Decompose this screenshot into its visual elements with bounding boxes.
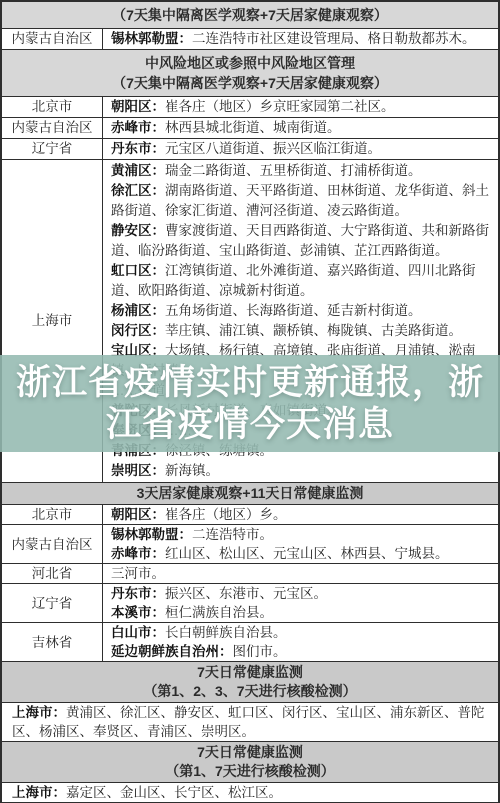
district-entry: 锡林郭勒盟：二连浩特市。 xyxy=(111,525,490,544)
district-name: 徐汇区： xyxy=(111,183,165,198)
district-entry: 上海市：黄浦区、徐汇区、静安区、虹口区、闵行区、宝山区、浦东新区、普陀区、杨浦区… xyxy=(12,703,488,741)
district-entry: 闵行区：莘庄镇、浦江镇、颛桥镇、梅陇镇、古美路街道。 xyxy=(111,321,490,341)
district-entry: 延边朝鲜族自治州：图们市。 xyxy=(111,642,490,661)
districts-cell: 锡林郭勒盟：二连浩特市。赤峰市：红山区、松山区、元宝山区、林西县、宁城县。 xyxy=(103,525,498,563)
district-name: 上海市： xyxy=(12,705,66,720)
district-name: 锡林郭勒盟： xyxy=(111,31,192,46)
district-areas: 莘庄镇、浦江镇、颛桥镇、梅陇镇、古美路街道。 xyxy=(165,323,462,338)
districts-cell: 朝阳区：崔各庄（地区）乡京旺家园第二社区。 xyxy=(103,97,498,117)
district-name: 朝阳区： xyxy=(111,507,165,522)
district-entry: 黄浦区：瑞金二路街道、五里桥街道、打浦桥街道。 xyxy=(111,161,490,181)
districts-cell: 锡林郭勒盟：二连浩特市社区建设管理局、格日勒敖都苏木。 xyxy=(103,29,498,49)
province-cell: 吉林省 xyxy=(2,623,103,661)
district-name: 丹东市： xyxy=(111,586,165,601)
districts-cell: 上海市：嘉定区、金山区、长宁区、松江区。 xyxy=(2,783,498,802)
table-row: 辽宁省丹东市：振兴区、东港市、元宝区。本溪市：桓仁满族自治县。 xyxy=(2,584,498,623)
district-entry: 朝阳区：崔各庄（地区）乡京旺家园第二社区。 xyxy=(111,97,490,117)
districts-cell: 白山市：长白朝鲜族自治县。延边朝鲜族自治州：图们市。 xyxy=(103,623,498,661)
district-entry: 杨浦区：五角场街道、长海路街道、延吉新村街道。 xyxy=(111,301,490,321)
district-name: 锡林郭勒盟： xyxy=(111,527,192,542)
district-areas: 新海镇。 xyxy=(165,463,219,478)
province-cell: 北京市 xyxy=(2,505,103,524)
district-areas: 曹家渡街道、天目西路街道、大宁路街道、共和新路街道、临汾路街道、宝山路街道、彭浦… xyxy=(111,223,489,258)
district-areas: 五角场街道、长海路街道、延吉新村街道。 xyxy=(165,303,422,318)
districts-cell: 丹东市：元宝区八道街道、振兴区临江街道。 xyxy=(103,139,498,159)
district-name: 丹东市： xyxy=(111,141,165,156)
province-cell: 辽宁省 xyxy=(2,139,103,159)
district-entry: 赤峰市：红山区、松山区、元宝山区、林西县、宁城县。 xyxy=(111,544,490,563)
table-row: 河北省三河市。 xyxy=(2,564,498,584)
district-entry: 赤峰市：林西县城北街道、城南街道。 xyxy=(111,118,490,138)
table-row: 内蒙古自治区锡林郭勒盟：二连浩特市。赤峰市：红山区、松山区、元宝山区、林西县、宁… xyxy=(2,525,498,564)
district-name: 黄浦区： xyxy=(111,163,165,178)
province-cell: 北京市 xyxy=(2,97,103,117)
district-areas: 崔各庄（地区）乡京旺家园第二社区。 xyxy=(165,99,395,114)
district-areas: 湖南路街道、天平路街道、田林街道、龙华街道、斜土路街道、徐家汇街道、漕河泾街道、… xyxy=(111,183,489,218)
districts-cell: 赤峰市：林西县城北街道、城南街道。 xyxy=(103,118,498,138)
province-cell: 内蒙古自治区 xyxy=(2,525,103,563)
district-areas: 长白朝鲜族自治县。 xyxy=(165,625,287,640)
section-header: 中风险地区或参照中风险地区管理（7天集中隔离医学观察+7天居家健康观察） xyxy=(2,50,498,97)
district-areas: 红山区、松山区、元宝山区、林西县、宁城县。 xyxy=(165,546,449,561)
district-name: 杨浦区： xyxy=(111,303,165,318)
district-entry: 朝阳区：崔各庄（地区）乡。 xyxy=(111,505,490,524)
section-header: 7天日常健康监测（第1、2、3、7天进行核酸检测） xyxy=(2,662,498,703)
section-header-line: 7天日常健康监测 xyxy=(2,663,498,682)
section-header-line: 7天日常健康监测 xyxy=(2,743,498,762)
district-entry: 崇明区：新海镇。 xyxy=(111,461,490,481)
section-header-line: （7天集中隔离医学观察+7天居家健康观察） xyxy=(2,73,498,93)
district-areas: 元宝区八道街道、振兴区临江街道。 xyxy=(165,141,381,156)
province-cell: 河北省 xyxy=(2,564,103,583)
district-entry: 上海市：嘉定区、金山区、长宁区、松江区。 xyxy=(12,783,488,802)
section-header-line: 中风险地区或参照中风险地区管理 xyxy=(2,53,498,73)
table-row: 内蒙古自治区锡林郭勒盟：二连浩特市社区建设管理局、格日勒敖都苏木。 xyxy=(2,29,498,50)
overlay-banner: 浙江省疫情实时更新通报，浙 江省疫情今天消息 xyxy=(0,355,500,452)
table-row: 上海市：嘉定区、金山区、长宁区、松江区。 xyxy=(2,783,498,803)
table-row: 北京市朝阳区：崔各庄（地区）乡京旺家园第二社区。 xyxy=(2,97,498,118)
province-cell: 辽宁省 xyxy=(2,584,103,622)
section-header: （7天集中隔离医学观察+7天居家健康观察） xyxy=(2,2,498,29)
risk-area-table-page: （7天集中隔离医学观察+7天居家健康观察）内蒙古自治区锡林郭勒盟：二连浩特市社区… xyxy=(0,0,500,803)
district-entry: 虹口区：江湾镇街道、北外滩街道、嘉兴路街道、四川北路街道、欧阳路街道、凉城新村街… xyxy=(111,261,490,301)
table-row: 辽宁省丹东市：元宝区八道街道、振兴区临江街道。 xyxy=(2,139,498,160)
district-areas: 振兴区、东港市、元宝区。 xyxy=(165,586,327,601)
district-entry: 锡林郭勒盟：二连浩特市社区建设管理局、格日勒敖都苏木。 xyxy=(111,29,490,49)
overlay-title-line-1: 浙江省疫情实时更新通报，浙 xyxy=(16,362,484,404)
district-areas: 林西县城北街道、城南街道。 xyxy=(165,120,341,135)
table-row: 上海市：黄浦区、徐汇区、静安区、虹口区、闵行区、宝山区、浦东新区、普陀区、杨浦区… xyxy=(2,703,498,742)
section-header-line: （第1、2、3、7天进行核酸检测） xyxy=(2,682,498,701)
district-entry: 丹东市：振兴区、东港市、元宝区。 xyxy=(111,584,490,603)
district-areas: 江湾镇街道、北外滩街道、嘉兴路街道、四川北路街道、欧阳路街道、凉城新村街道。 xyxy=(111,263,476,298)
district-name: 虹口区： xyxy=(111,263,165,278)
section-header: 7天日常健康监测（第1、7天进行核酸检测） xyxy=(2,742,498,783)
district-name: 上海市： xyxy=(12,785,66,800)
district-areas: 黄浦区、徐汇区、静安区、虹口区、闵行区、宝山区、浦东新区、普陀区、杨浦区、奉贤区… xyxy=(12,705,485,739)
district-areas: 瑞金二路街道、五里桥街道、打浦桥街道。 xyxy=(165,163,422,178)
district-entry: 三河市。 xyxy=(111,564,490,583)
table-row: 内蒙古自治区赤峰市：林西县城北街道、城南街道。 xyxy=(2,118,498,139)
section-header-line: 3天居家健康观察+11天日常健康监测 xyxy=(2,484,498,503)
district-name: 白山市： xyxy=(111,625,165,640)
district-name: 本溪市： xyxy=(111,605,165,620)
district-areas: 二连浩特市社区建设管理局、格日勒敖都苏木。 xyxy=(192,31,476,46)
district-entry: 徐汇区：湖南路街道、天平路街道、田林街道、龙华街道、斜土路街道、徐家汇街道、漕河… xyxy=(111,181,490,221)
district-entry: 静安区：曹家渡街道、天目西路街道、大宁路街道、共和新路街道、临汾路街道、宝山路街… xyxy=(111,221,490,261)
table-row: 吉林省白山市：长白朝鲜族自治县。延边朝鲜族自治州：图们市。 xyxy=(2,623,498,662)
district-entry: 白山市：长白朝鲜族自治县。 xyxy=(111,623,490,642)
section-header-line: （7天集中隔离医学观察+7天居家健康观察） xyxy=(2,5,498,25)
district-entry: 本溪市：桓仁满族自治县。 xyxy=(111,603,490,622)
province-cell: 内蒙古自治区 xyxy=(2,118,103,138)
districts-cell: 上海市：黄浦区、徐汇区、静安区、虹口区、闵行区、宝山区、浦东新区、普陀区、杨浦区… xyxy=(2,703,498,741)
district-areas: 崔各庄（地区）乡。 xyxy=(165,507,287,522)
district-name: 赤峰市： xyxy=(111,120,165,135)
section-header: 3天居家健康观察+11天日常健康监测 xyxy=(2,483,498,505)
overlay-title-line-2: 江省疫情今天消息 xyxy=(106,404,394,446)
district-areas: 嘉定区、金山区、长宁区、松江区。 xyxy=(66,785,282,800)
districts-cell: 三河市。 xyxy=(103,564,498,583)
province-cell: 内蒙古自治区 xyxy=(2,29,103,49)
district-entry: 丹东市：元宝区八道街道、振兴区临江街道。 xyxy=(111,139,490,159)
district-areas: 桓仁满族自治县。 xyxy=(165,605,273,620)
district-name: 延边朝鲜族自治州： xyxy=(111,644,233,659)
district-areas: 二连浩特市。 xyxy=(192,527,273,542)
district-areas: 图们市。 xyxy=(233,644,287,659)
section-header-line: （第1、7天进行核酸检测） xyxy=(2,762,498,781)
districts-cell: 朝阳区：崔各庄（地区）乡。 xyxy=(103,505,498,524)
district-areas: 三河市。 xyxy=(111,566,165,581)
district-name: 崇明区： xyxy=(111,463,165,478)
district-name: 闵行区： xyxy=(111,323,165,338)
table-row: 北京市朝阳区：崔各庄（地区）乡。 xyxy=(2,505,498,525)
district-name: 朝阳区： xyxy=(111,99,165,114)
district-name: 赤峰市： xyxy=(111,546,165,561)
districts-cell: 丹东市：振兴区、东港市、元宝区。本溪市：桓仁满族自治县。 xyxy=(103,584,498,622)
district-name: 静安区： xyxy=(111,223,165,238)
